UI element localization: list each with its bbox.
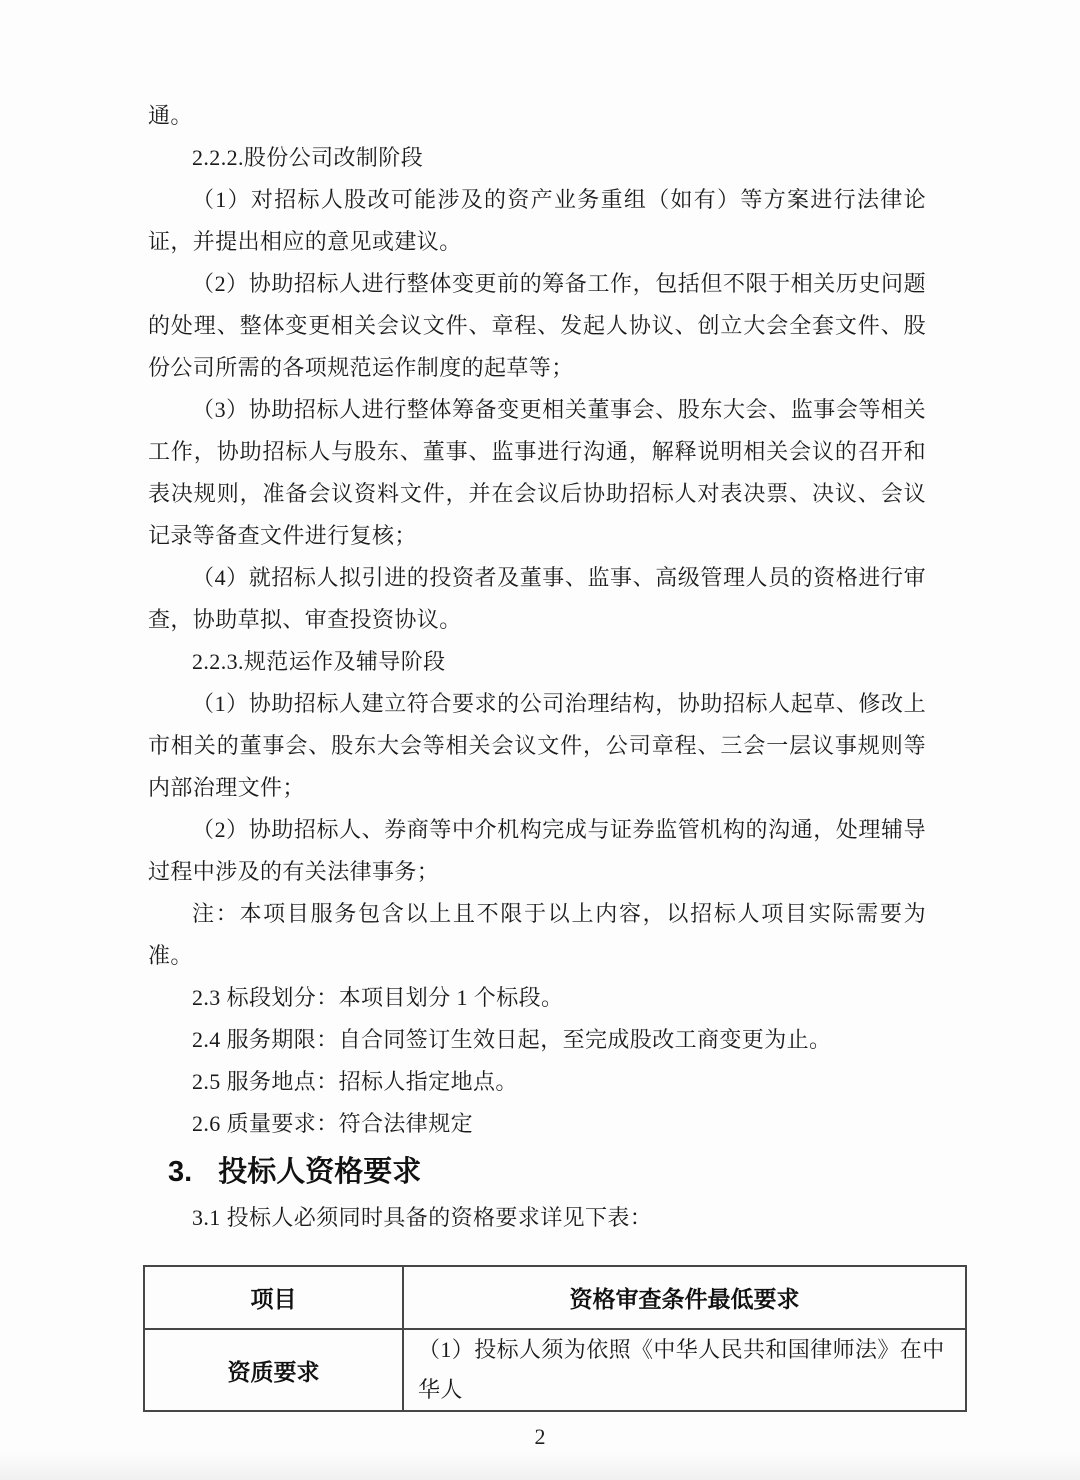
clause-2-5: 2.5 服务地点：招标人指定地点。 bbox=[148, 1061, 926, 1103]
table-cell-requirement: （1）投标人须为依照《中华人民共和国律师法》在中华人 bbox=[403, 1329, 966, 1411]
table-header-item: 项目 bbox=[144, 1266, 403, 1329]
clause-2-4: 2.4 服务期限：自合同签订生效日起，至完成股改工商变更为止。 bbox=[148, 1019, 926, 1061]
paragraph-item-2b: （2）协助招标人、券商等中介机构完成与证券监管机构的沟通，处理辅导过程中涉及的有… bbox=[148, 809, 926, 893]
scan-shadow bbox=[0, 1452, 1080, 1480]
table-cell-item: 资质要求 bbox=[144, 1329, 403, 1411]
clause-3-1: 3.1 投标人必须同时具备的资格要求详见下表： bbox=[148, 1197, 926, 1239]
table-row: 资质要求 （1）投标人须为依照《中华人民共和国律师法》在中华人 bbox=[144, 1329, 966, 1411]
subsection-heading-2-2-3: 2.2.3.规范运作及辅导阶段 bbox=[148, 641, 926, 683]
paragraph-item-1b: （1）协助招标人建立符合要求的公司治理结构，协助招标人起草、修改上市相关的董事会… bbox=[148, 683, 926, 809]
paragraph-item-4: （4）就招标人拟引进的投资者及董事、监事、高级管理人员的资格进行审查，协助草拟、… bbox=[148, 557, 926, 641]
section-heading-3: 3.投标人资格要求 bbox=[148, 1147, 926, 1197]
document-page: 通。 2.2.2.股份公司改制阶段 （1）对招标人股改可能涉及的资产业务重组（如… bbox=[0, 0, 1080, 1480]
section-number: 3. bbox=[168, 1156, 192, 1188]
qualification-table: 项目 资格审查条件最低要求 资质要求 （1）投标人须为依照《中华人民共和国律师法… bbox=[143, 1265, 967, 1412]
clause-2-3: 2.3 标段划分：本项目划分 1 个标段。 bbox=[148, 977, 926, 1019]
section-title: 投标人资格要求 bbox=[218, 1156, 421, 1188]
paragraph-item-1: （1）对招标人股改可能涉及的资产业务重组（如有）等方案进行法律论证，并提出相应的… bbox=[148, 179, 926, 263]
page-number: 2 bbox=[0, 1424, 1080, 1450]
paragraph-item-2: （2）协助招标人进行整体变更前的筹备工作，包括但不限于相关历史问题的处理、整体变… bbox=[148, 263, 926, 389]
subsection-heading-2-2-2: 2.2.2.股份公司改制阶段 bbox=[148, 137, 926, 179]
clause-2-6: 2.6 质量要求：符合法律规定 bbox=[148, 1103, 926, 1145]
table-header-row: 项目 资格审查条件最低要求 bbox=[144, 1266, 966, 1329]
paragraph-continuation: 通。 bbox=[148, 95, 926, 137]
paragraph-item-3: （3）协助招标人进行整体筹备变更相关董事会、股东大会、监事会等相关工作，协助招标… bbox=[148, 389, 926, 557]
paragraph-note: 注：本项目服务包含以上且不限于以上内容，以招标人项目实际需要为准。 bbox=[148, 893, 926, 977]
document-content: 通。 2.2.2.股份公司改制阶段 （1）对招标人股改可能涉及的资产业务重组（如… bbox=[148, 95, 926, 1412]
table-header-requirement: 资格审查条件最低要求 bbox=[403, 1266, 966, 1329]
